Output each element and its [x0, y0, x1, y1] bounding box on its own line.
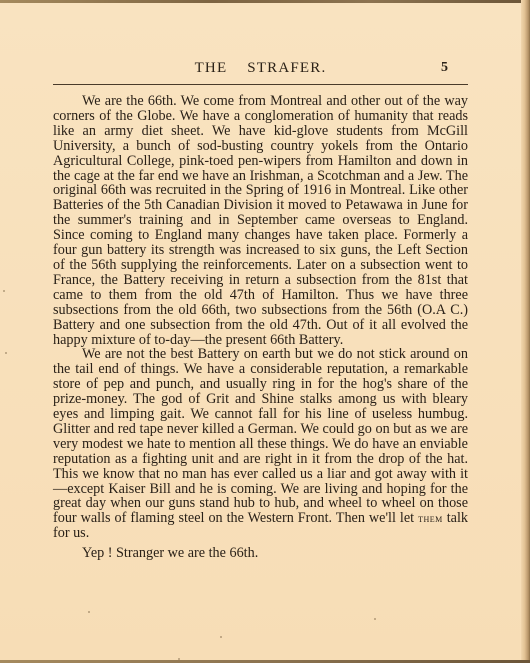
- speck: [3, 290, 5, 292]
- paragraph-1: We are the 66th. We come from Montreal a…: [53, 94, 468, 347]
- paragraph-2: We are not the best Battery on earth but…: [53, 347, 468, 541]
- body-text: We are the 66th. We come from Montreal a…: [53, 94, 468, 561]
- running-title: THE STRAFER.: [53, 60, 468, 77]
- page-top-edge: [0, 0, 530, 3]
- speck: [220, 636, 222, 638]
- header-rule: [53, 84, 468, 85]
- page-right-edge: [521, 0, 530, 663]
- page-number: 5: [441, 60, 448, 76]
- paragraph-2-text: We are not the best Battery on earth but…: [53, 346, 468, 526]
- speck: [374, 618, 376, 620]
- book-page: THE STRAFER. 5 We are the 66th. We come …: [0, 0, 530, 663]
- speck: [5, 352, 7, 354]
- running-head: THE STRAFER. 5: [53, 60, 468, 82]
- closing-line: Yep ! Stranger we are the 66th.: [53, 546, 468, 561]
- paragraph-2-smallcaps: them: [418, 511, 443, 525]
- speck: [178, 658, 180, 660]
- speck: [88, 611, 90, 613]
